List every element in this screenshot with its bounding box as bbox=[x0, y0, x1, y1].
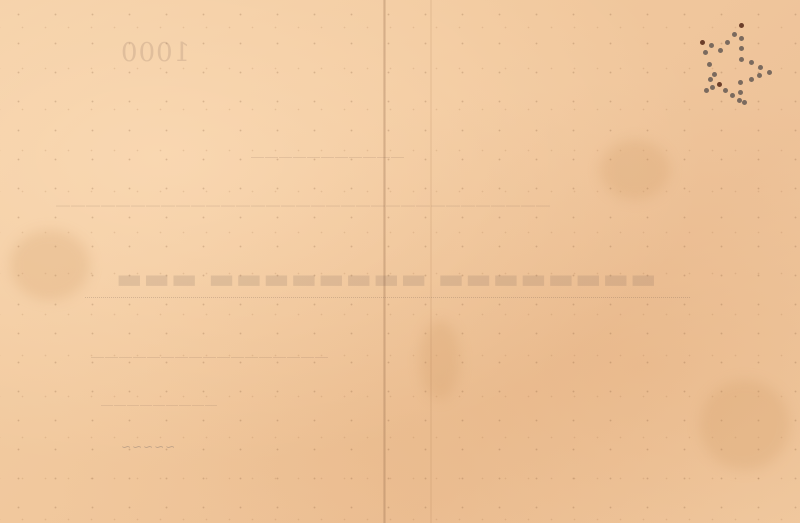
show-through-denomination: 1000 bbox=[120, 38, 190, 68]
show-through-text-line: ――――――――――― bbox=[250, 150, 404, 165]
star-perforation bbox=[690, 20, 780, 105]
show-through-text-line: ――――――――― bbox=[100, 398, 217, 412]
stain bbox=[420, 320, 460, 400]
show-through-rule bbox=[85, 297, 690, 299]
stain bbox=[600, 140, 670, 200]
stain bbox=[700, 380, 790, 470]
show-through-text-line: ――――――――――――――――― bbox=[90, 350, 328, 365]
aged-paper-note: 1000 ――――――――――― ―――――――――――――――――――――――… bbox=[0, 0, 800, 523]
stain bbox=[10, 230, 90, 300]
show-through-signature: ~~~~~ bbox=[120, 440, 175, 454]
show-through-title: ▬▬▬▬▬▬▬▬ ▬▬▬▬▬▬▬▬ ▬▬▬ bbox=[115, 262, 656, 295]
show-through-text-line: ――――――――――――――――――――――――――――――――― bbox=[55, 198, 550, 214]
